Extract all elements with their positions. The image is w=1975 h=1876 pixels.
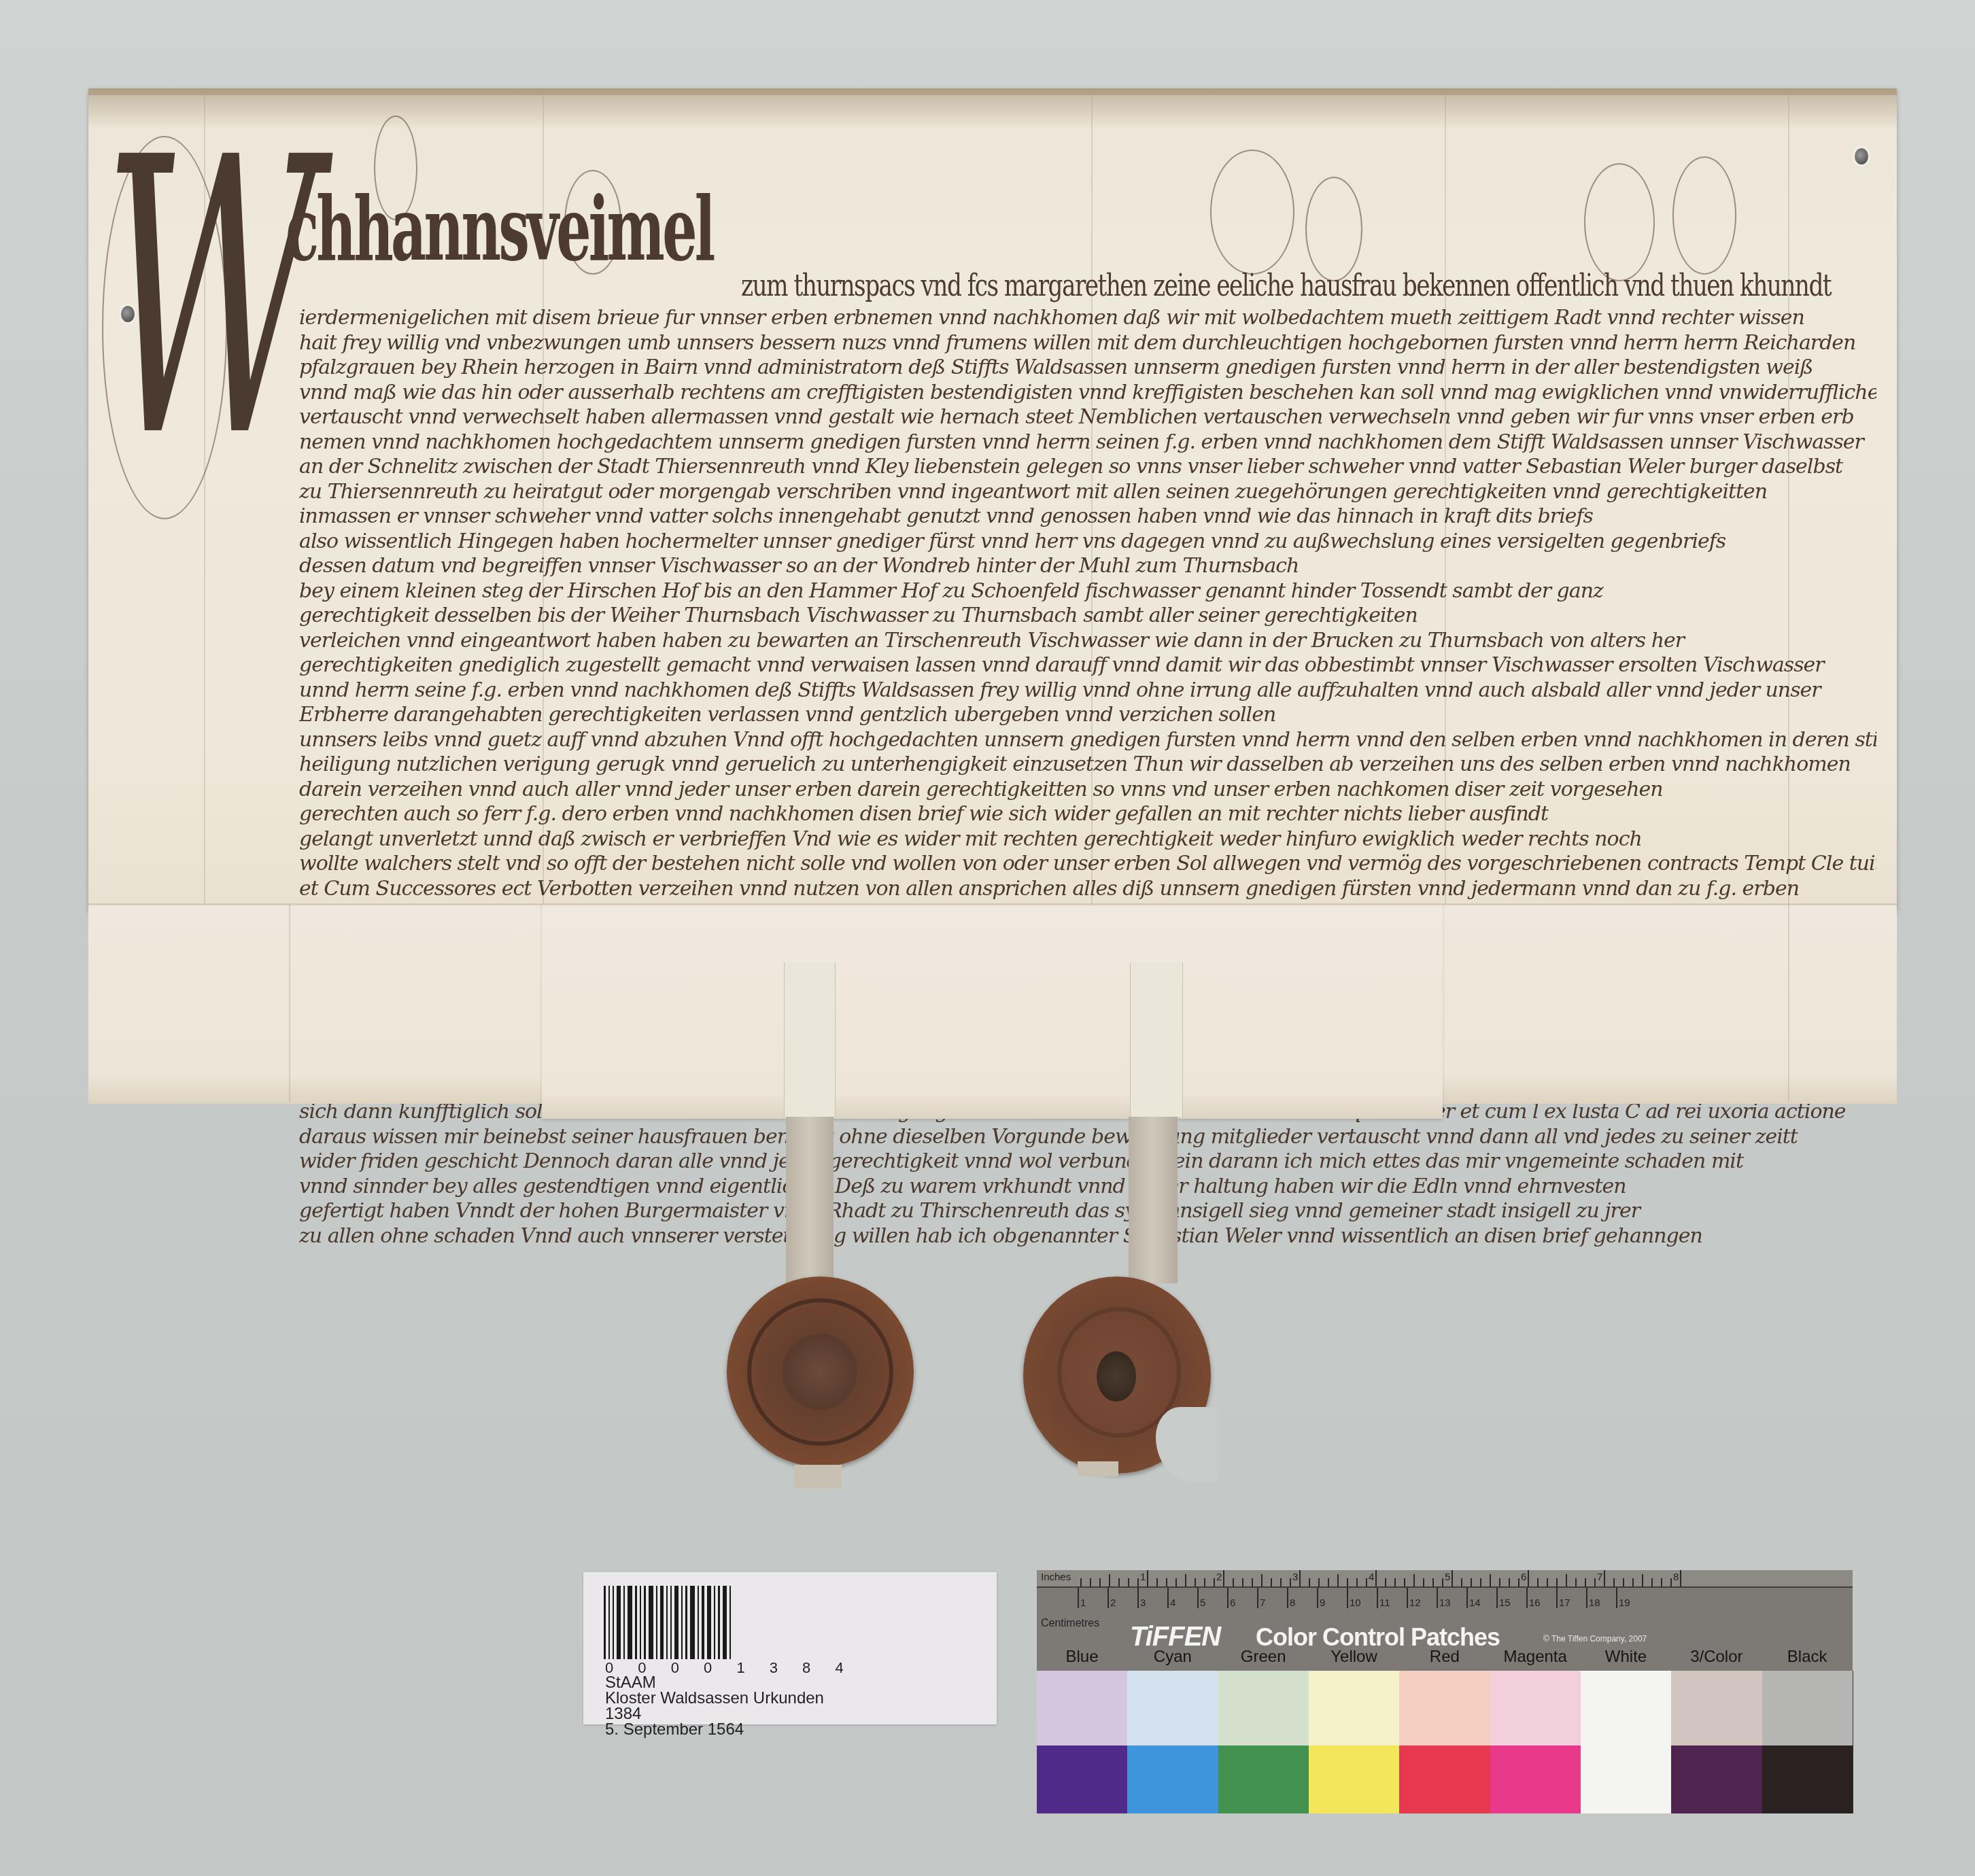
inch-subtick <box>1623 1578 1624 1586</box>
inch-subtick <box>1195 1578 1196 1586</box>
inch-subtick <box>1156 1578 1158 1586</box>
inch-subtick <box>1347 1578 1348 1586</box>
inch-subtick <box>1556 1578 1558 1586</box>
inch-tick <box>1680 1570 1681 1586</box>
barcode-bar <box>640 1586 641 1659</box>
cm-tick <box>1197 1588 1199 1608</box>
barcode-bar <box>685 1586 687 1659</box>
inch-subtick <box>1261 1574 1263 1586</box>
charter-text-line: gerechtigkeiten gnediglich zugestellt ge… <box>299 653 1876 678</box>
cm-tick <box>1437 1588 1438 1608</box>
seal-strip-slot <box>1130 962 1183 1117</box>
inch-tick-label: 6 <box>1521 1571 1526 1583</box>
patch-label-red: Red <box>1399 1648 1490 1667</box>
patch-light-blue <box>1037 1671 1128 1745</box>
inch-tick-label: 4 <box>1369 1571 1374 1583</box>
inch-tick <box>1299 1570 1301 1586</box>
inch-tick-label: 5 <box>1445 1571 1450 1583</box>
heading-line: zum thurnspacs vnd fcs margarethen zeine… <box>741 268 1831 303</box>
barcode-bar <box>723 1586 727 1659</box>
charter-parchment: W chhannsveimel zum thurnspacs vnd fcs m… <box>88 88 1897 911</box>
inch-subtick <box>1394 1578 1396 1586</box>
inch-subtick <box>1233 1578 1234 1586</box>
barcode-bar <box>608 1586 610 1659</box>
cm-tick <box>1137 1588 1139 1608</box>
patch-light-yellow <box>1309 1671 1400 1745</box>
cm-tick-label: 2 <box>1110 1597 1116 1609</box>
inch-subtick <box>1442 1578 1443 1586</box>
cm-tick-label: 4 <box>1170 1597 1175 1609</box>
charter-text-line: unnd herrn seine f.g. erben vnnd nachkho… <box>299 678 1876 703</box>
barcode-bar <box>628 1586 632 1659</box>
charter-text-line: vertauscht vnnd verwechselt haben allerm… <box>299 405 1876 430</box>
patch-light-3-color <box>1671 1671 1762 1745</box>
inch-tick <box>1528 1570 1529 1586</box>
patch-dark-magenta <box>1490 1745 1581 1813</box>
parchment-edge-stain <box>88 88 1897 129</box>
patch-light-red <box>1399 1671 1490 1745</box>
inch-subtick <box>1137 1578 1139 1586</box>
inch-subtick <box>1423 1578 1424 1586</box>
barcode-bar <box>718 1586 720 1659</box>
inch-subtick <box>1366 1578 1367 1586</box>
seal-strip-2 <box>1129 1117 1178 1283</box>
charter-text-line: bey einem kleinen steg der Hirschen Hof … <box>299 579 1876 604</box>
cm-tick <box>1257 1588 1258 1608</box>
cm-tick <box>1377 1588 1378 1608</box>
seal-device <box>783 1334 857 1410</box>
cm-tick-label: 5 <box>1200 1597 1205 1609</box>
cm-tick-label: 13 <box>1439 1597 1451 1609</box>
charter-text-line: gelangt unverletzt unnd daß zwisch er ve… <box>299 827 1876 852</box>
inch-subtick <box>1166 1578 1167 1586</box>
plica-left <box>88 903 542 1104</box>
inch-subtick <box>1290 1578 1291 1586</box>
charter-text-line: gefertigt haben Vnndt der hohen Burgerma… <box>299 1199 1876 1224</box>
patch-label-white: White <box>1581 1648 1671 1667</box>
inch-tick <box>1223 1570 1224 1586</box>
barcode-bar <box>604 1586 606 1659</box>
inches-label: Inches <box>1041 1571 1071 1583</box>
inch-tick-label: 7 <box>1597 1571 1602 1583</box>
seal-strip-end <box>1078 1461 1118 1476</box>
barcode-bar <box>635 1586 637 1659</box>
charter-text-line: zu Thiersennreuth zu heiratgut oder morg… <box>299 480 1876 505</box>
inch-subtick <box>1099 1578 1101 1586</box>
inch-subtick <box>1518 1578 1519 1586</box>
cm-tick <box>1586 1588 1587 1608</box>
cm-tick-label: 16 <box>1529 1597 1541 1609</box>
patch-dark-red <box>1399 1745 1490 1813</box>
cm-tick <box>1287 1588 1288 1608</box>
inch-subtick <box>1480 1578 1481 1586</box>
inch-subtick <box>1461 1578 1462 1586</box>
inch-tick-label: 2 <box>1216 1571 1222 1583</box>
inch-subtick <box>1128 1578 1129 1586</box>
inch-subtick <box>1585 1578 1586 1586</box>
charter-text-line: darein verzeihen vnnd auch aller vnnd je… <box>299 778 1876 803</box>
inch-subtick <box>1651 1578 1653 1586</box>
inch-subtick <box>1547 1578 1548 1586</box>
inch-subtick <box>1670 1578 1672 1586</box>
cm-tick <box>1616 1588 1617 1608</box>
seal-strip-1 <box>786 1117 834 1283</box>
charter-text-line: daraus wissen mir beinebst seiner hausfr… <box>299 1125 1876 1150</box>
cm-tick-label: 15 <box>1499 1597 1511 1609</box>
inch-subtick <box>1252 1578 1253 1586</box>
cm-tick-label: 8 <box>1290 1597 1295 1609</box>
barcode-bar <box>714 1586 715 1659</box>
inch-subtick <box>1337 1574 1339 1586</box>
inch-tick <box>1147 1570 1148 1586</box>
barcode-bar <box>681 1586 683 1659</box>
counter-seal-impression <box>1097 1351 1136 1402</box>
inch-subtick <box>1385 1578 1386 1586</box>
patch-dark-green <box>1218 1745 1309 1813</box>
charter-text-line: et Cum Successores ect Verbotten verzeih… <box>299 877 1876 902</box>
inch-tick <box>1375 1570 1377 1586</box>
cm-tick-label: 19 <box>1619 1597 1630 1609</box>
fold-line <box>289 903 290 1102</box>
charter-text-line: wider friden geschicht Dennoch daran all… <box>299 1149 1876 1175</box>
inch-subtick <box>1404 1578 1405 1586</box>
cm-tick <box>1167 1588 1169 1608</box>
plica-center <box>542 903 1443 1119</box>
charter-text-line: vnnd maß wie das hin oder ausserhalb rec… <box>299 381 1876 406</box>
fold-line <box>1788 903 1789 1102</box>
charter-text-line: inmassen er vnnser schweher vnnd vatter … <box>299 504 1876 529</box>
charter-text-line: dessen datum vnd begreiffen vnnser Visch… <box>299 554 1876 579</box>
inch-subtick <box>1661 1578 1662 1586</box>
inch-tick <box>1604 1570 1605 1586</box>
inch-subtick <box>1309 1578 1310 1586</box>
cm-tick-label: 18 <box>1589 1597 1600 1609</box>
inch-subtick <box>1537 1578 1539 1586</box>
patch-light-cyan <box>1127 1671 1218 1745</box>
decorated-initial: W <box>103 109 319 489</box>
patch-dark-cyan <box>1127 1745 1218 1813</box>
barcode-bar <box>707 1586 711 1659</box>
patch-light-white <box>1581 1671 1672 1813</box>
patch-label-green: Green <box>1218 1648 1309 1667</box>
cm-tick <box>1556 1588 1558 1608</box>
archive-label: 0 0 0 0 1 3 8 4 StAAM Kloster Waldsassen… <box>583 1572 997 1724</box>
inch-subtick <box>1109 1574 1110 1586</box>
patch-light-black <box>1762 1671 1853 1745</box>
inch-tick-label: 3 <box>1292 1571 1298 1583</box>
inch-subtick <box>1413 1574 1415 1586</box>
charter-text-line: zu allen ohne schaden Vnnd auch vnnserer… <box>299 1224 1876 1249</box>
cm-tick <box>1227 1588 1229 1608</box>
cm-tick-label: 6 <box>1230 1597 1235 1609</box>
cm-tick <box>1078 1588 1079 1608</box>
title-line: chhannsveimel <box>286 177 713 281</box>
inch-tick <box>1452 1570 1453 1586</box>
patch-label-3-color: 3/Color <box>1671 1648 1762 1667</box>
cm-tick-label: 1 <box>1080 1597 1086 1609</box>
inch-subtick <box>1175 1578 1177 1586</box>
inch-subtick <box>1280 1578 1282 1586</box>
charter-text-line: an der Schnelitz zwischen der Stadt Thie… <box>299 455 1876 480</box>
inch-subtick <box>1318 1578 1320 1586</box>
barcode-bar <box>613 1586 614 1659</box>
barcode-bar <box>644 1586 646 1659</box>
inch-subtick <box>1432 1578 1434 1586</box>
cm-tick <box>1317 1588 1318 1608</box>
charter-text-line: Erbherre darangehabten gerechtigkeiten v… <box>299 703 1876 728</box>
inch-subtick <box>1090 1578 1091 1586</box>
charter-text-line: unnsers leibs vnnd guetz auff vnnd abzuh… <box>299 728 1876 753</box>
calligraphic-flourish <box>1672 156 1736 275</box>
charter-text-line: gerechten auch so ferr f.g. dero erben v… <box>299 802 1876 827</box>
seal-strip-end <box>794 1465 842 1489</box>
charter-text-line: vnnd sinnder bey alles gestendtigen vnnd… <box>299 1175 1876 1200</box>
inch-subtick <box>1214 1578 1215 1586</box>
calligraphic-flourish <box>1584 163 1655 281</box>
inch-subtick <box>1566 1574 1567 1586</box>
color-control-chart: Inches 123456781234567891011121314151617… <box>1037 1570 1853 1813</box>
patch-dark-3-color <box>1671 1745 1762 1813</box>
seal-strip-slot <box>784 962 836 1117</box>
barcode-bar <box>702 1586 704 1659</box>
barcode-bar <box>649 1586 653 1659</box>
cm-tick <box>1526 1588 1528 1608</box>
inch-subtick <box>1271 1578 1272 1586</box>
cm-tick <box>1407 1588 1408 1608</box>
inch-subtick <box>1575 1578 1577 1586</box>
charter-text-line: pfalzgrauen bey Rhein herzogen in Bairn … <box>299 355 1876 381</box>
cm-tick <box>1107 1588 1109 1608</box>
mount-hole <box>1855 148 1868 164</box>
inch-subtick <box>1490 1574 1491 1586</box>
cm-tick-label: 7 <box>1260 1597 1265 1609</box>
cm-tick <box>1466 1588 1468 1608</box>
patch-label-magenta: Magenta <box>1490 1648 1581 1667</box>
inch-subtick <box>1594 1578 1596 1586</box>
wax-seal-1 <box>727 1276 914 1467</box>
inch-subtick <box>1185 1574 1186 1586</box>
inch-subtick <box>1632 1578 1634 1586</box>
cm-tick-label: 3 <box>1140 1597 1146 1609</box>
charter-text-line: heiligung nutzlichen verigung gerugk vnn… <box>299 752 1876 778</box>
barcode-bar <box>656 1586 657 1659</box>
cm-tick-label: 14 <box>1469 1597 1481 1609</box>
inch-subtick <box>1118 1578 1120 1586</box>
inch-tick-label: 8 <box>1673 1571 1679 1583</box>
inch-subtick <box>1080 1578 1082 1586</box>
inch-subtick <box>1242 1578 1243 1586</box>
charter-text-line: nemen vnnd nachkhomen hochgedachtem unns… <box>299 430 1876 455</box>
cm-tick-label: 12 <box>1409 1597 1421 1609</box>
cm-tick-label: 11 <box>1379 1597 1390 1609</box>
inch-subtick <box>1499 1578 1500 1586</box>
inch-subtick <box>1613 1578 1615 1586</box>
inch-subtick <box>1356 1578 1358 1586</box>
barcode-bar <box>666 1586 668 1659</box>
charter-text-line: gerechtigkeit desselben bis der Weiher T… <box>299 604 1876 629</box>
charter-text-line: also wissentlich Hingegen haben hocherme… <box>299 529 1876 555</box>
patch-light-green <box>1218 1671 1309 1745</box>
calligraphic-flourish <box>1305 177 1362 281</box>
charter-text-line: ierdermenigelichen mit disem brieue fur … <box>299 306 1876 331</box>
cm-tick-label: 10 <box>1350 1597 1361 1609</box>
barcode-bar <box>729 1586 731 1659</box>
charter-text-line: hait frey willig vnd vnbezwungen umb unn… <box>299 331 1876 356</box>
label-date: 5. September 1564 <box>605 1722 824 1738</box>
patch-label-cyan: Cyan <box>1127 1648 1218 1667</box>
patch-label-yellow: Yellow <box>1309 1648 1399 1667</box>
cm-tick <box>1347 1588 1348 1608</box>
calligraphic-flourish <box>1210 150 1294 275</box>
inch-subtick <box>1204 1578 1205 1586</box>
barcode-bar <box>698 1586 699 1659</box>
patch-label-blue: Blue <box>1037 1648 1127 1667</box>
patch-dark-yellow <box>1309 1745 1400 1813</box>
patch-label-black: Black <box>1762 1648 1853 1667</box>
cm-tick-label: 17 <box>1559 1597 1570 1609</box>
cm-tick <box>1496 1588 1498 1608</box>
inch-tick-label: 1 <box>1140 1571 1146 1583</box>
centimetres-label: Centimetres <box>1041 1618 1099 1630</box>
barcode-bar <box>670 1586 672 1659</box>
inch-subtick <box>1471 1578 1472 1586</box>
label-text: StAAM Kloster Waldsassen Urkunden 1384 5… <box>605 1675 824 1738</box>
inch-subtick <box>1642 1574 1643 1586</box>
barcode-bar <box>660 1586 664 1659</box>
barcode-bar <box>690 1586 695 1659</box>
plica-right <box>1443 903 1897 1104</box>
charter-text-line: verleichen vnnd eingeantwort haben haben… <box>299 629 1876 654</box>
inch-subtick <box>1509 1578 1510 1586</box>
patch-dark-black <box>1762 1745 1853 1813</box>
patch-dark-blue <box>1037 1745 1128 1813</box>
chart-copyright: © The Tiffen Company, 2007 <box>1543 1634 1647 1644</box>
barcode <box>604 1586 734 1659</box>
patch-light-magenta <box>1490 1671 1581 1745</box>
barcode-bar <box>617 1586 621 1659</box>
charter-text-line: wollte walchers stelt vnd so offt der be… <box>299 852 1876 877</box>
barcode-bar <box>623 1586 625 1659</box>
inch-subtick <box>1328 1578 1329 1586</box>
cm-tick-label: 9 <box>1320 1597 1325 1609</box>
barcode-bar <box>674 1586 679 1659</box>
